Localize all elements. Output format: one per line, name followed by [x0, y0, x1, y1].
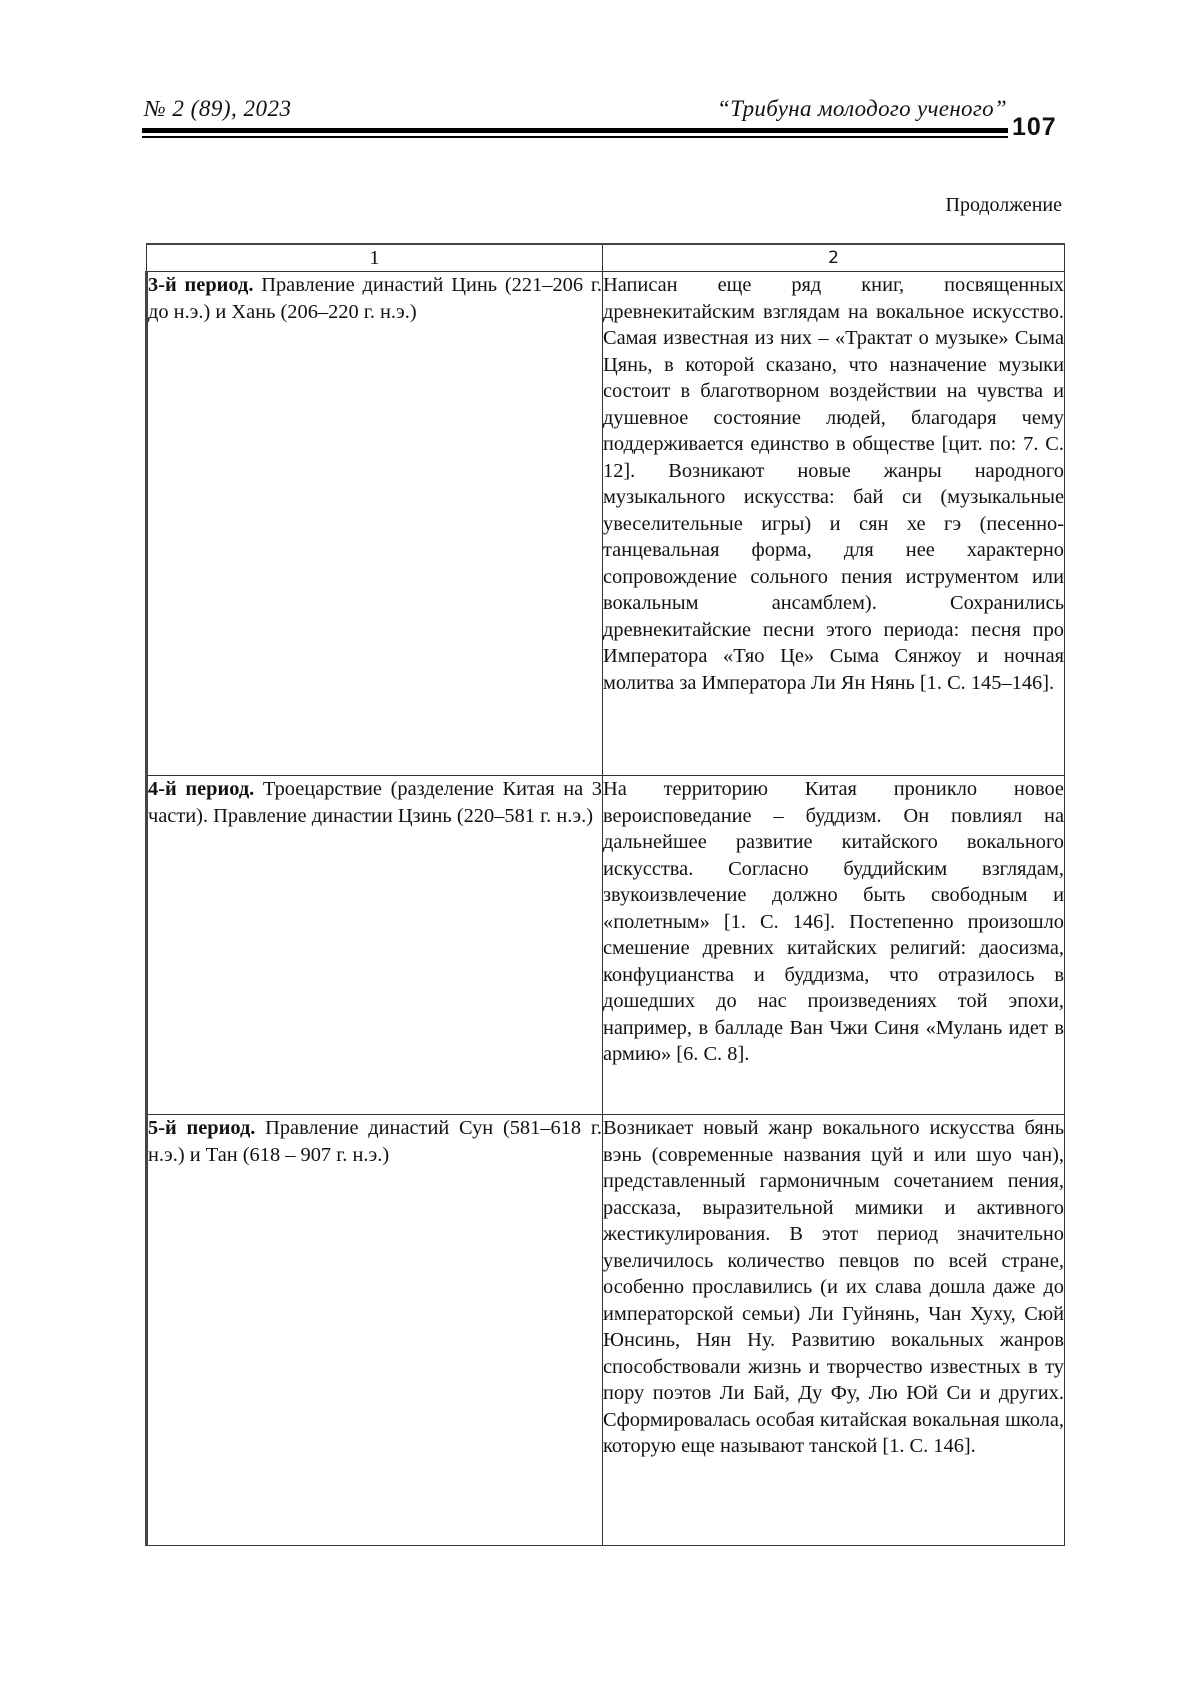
period-content: Возникает новый жанр вокального искусств…	[603, 1115, 1064, 1486]
period-cell: 3-й период. Правление династий Цинь (221…	[147, 272, 603, 776]
content-cell: Написан еще ряд книг, посвященных древне…	[603, 272, 1065, 776]
header-rule-thin	[142, 136, 1008, 138]
column-number-1: 1	[147, 244, 603, 272]
content-cell: На территорию Китая проникло новое верои…	[603, 776, 1065, 1115]
period-content: Написан еще ряд книг, посвященных древне…	[603, 272, 1064, 722]
period-label: 4-й период.	[148, 778, 254, 800]
table-row: 4-й период. Троецарствие (разделение Кит…	[147, 776, 1065, 1115]
journal-title: “Трибуна молодого ученого”	[717, 96, 1007, 122]
column-number-row: 1 2	[147, 244, 1065, 272]
table-row: 5-й период. Правление династий Сун (581–…	[147, 1115, 1065, 1546]
content-cell: Возникает новый жанр вокального искусств…	[603, 1115, 1065, 1546]
issue-number: № 2 (89), 2023	[144, 96, 292, 122]
table-row: 3-й период. Правление династий Цинь (221…	[147, 272, 1065, 776]
period-content: На территорию Китая проникло новое верои…	[603, 776, 1064, 1094]
table-continuation-label: Продолжение	[946, 194, 1062, 217]
column-number-2: 2	[603, 244, 1065, 272]
period-label: 3-й период.	[148, 274, 253, 296]
header-rule-thick	[142, 128, 1008, 133]
periods-table: 1 2 3-й период. Правление династий Цинь …	[145, 243, 1065, 1546]
page-number: 107	[1012, 113, 1057, 142]
period-cell: 4-й период. Троецарствие (разделение Кит…	[147, 776, 603, 1115]
period-cell: 5-й период. Правление династий Сун (581–…	[147, 1115, 603, 1546]
period-label: 5-й период.	[148, 1117, 255, 1139]
